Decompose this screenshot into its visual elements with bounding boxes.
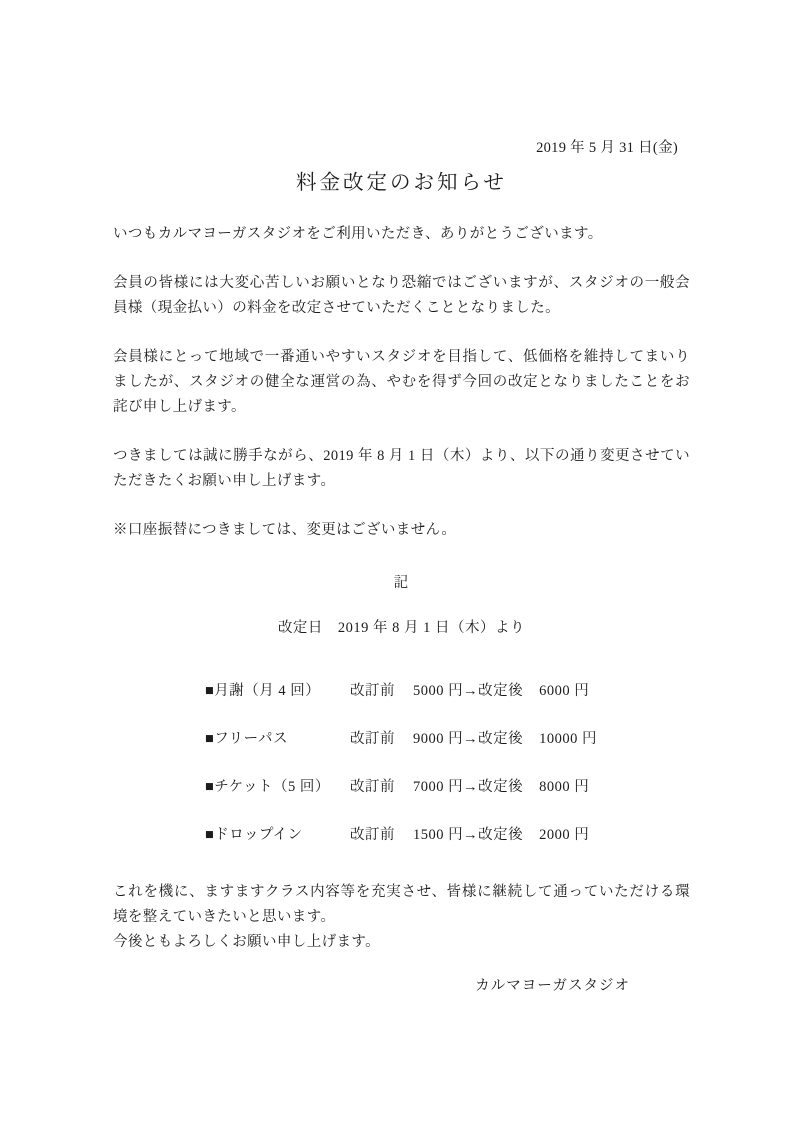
before-label: 改訂前	[350, 775, 395, 800]
document-title: 料金改定のお知らせ	[113, 168, 690, 198]
price-row: ■月謝（月 4 回） 改訂前 5000 円 → 改定後 6000 円	[205, 679, 690, 704]
before-label: 改訂前	[350, 679, 395, 704]
signature: カルマヨーガスタジオ	[113, 974, 690, 999]
price-after: 10000 円	[539, 727, 597, 752]
arrow-right-icon: →	[463, 727, 478, 752]
price-row-label: ■フリーパス	[205, 727, 350, 752]
price-after: 8000 円	[539, 775, 589, 800]
price-row-label: ■月謝（月 4 回）	[205, 679, 350, 704]
price-row-label: ■ドロップイン	[205, 823, 350, 848]
arrow-right-icon: →	[463, 775, 478, 800]
before-label: 改訂前	[350, 823, 395, 848]
closing-paragraph: これを機に、ますますクラス内容等を充実させ、皆様に継続して通っていただける環境を…	[113, 880, 690, 955]
price-list: ■月謝（月 4 回） 改訂前 5000 円 → 改定後 6000 円 ■フリーパ…	[205, 679, 690, 848]
after-label: 改定後	[478, 727, 523, 752]
arrow-right-icon: →	[463, 823, 478, 848]
price-row: ■フリーパス 改訂前 9000 円 → 改定後 10000 円	[205, 727, 690, 752]
paragraph-greeting: いつもカルマヨーガスタジオをご利用いただき、ありがとうございます。	[113, 222, 690, 247]
bullet-square-icon: ■	[205, 779, 214, 795]
bullet-square-icon: ■	[205, 683, 214, 699]
plan-name: フリーパス	[214, 731, 288, 747]
paragraph-effective-date: つきましては誠に勝手ながら、2019 年 8 月 1 日（木）より、以下の通り変…	[113, 444, 690, 494]
document-page: 2019 年 5 月 31 日(金) 料金改定のお知らせ いつもカルマヨーガスタ…	[0, 0, 800, 1131]
before-label: 改訂前	[350, 727, 395, 752]
closing-line-1: これを機に、ますますクラス内容等を充実させ、皆様に継続して通っていただける環境を…	[113, 880, 690, 930]
document-date: 2019 年 5 月 31 日(金)	[113, 138, 690, 158]
closing-line-2: 今後ともよろしくお願い申し上げます。	[113, 930, 690, 955]
price-after: 6000 円	[539, 679, 589, 704]
bullet-square-icon: ■	[205, 827, 214, 843]
revision-date-line: 改定日 2019 年 8 月 1 日（木）より	[113, 616, 690, 641]
price-row: ■チケット（5 回） 改訂前 7000 円 → 改定後 8000 円	[205, 775, 690, 800]
plan-name: 月謝（月 4 回）	[214, 683, 320, 699]
paragraph-apology-1: 会員の皆様には大変心苦しいお願いとなり恐縮ではございますが、スタジオの一般会員様…	[113, 271, 690, 321]
arrow-right-icon: →	[463, 679, 478, 704]
price-before: 9000 円	[413, 727, 463, 752]
price-row-label: ■チケット（5 回）	[205, 775, 350, 800]
price-before: 5000 円	[413, 679, 463, 704]
record-marker: 記	[113, 571, 690, 596]
after-label: 改定後	[478, 775, 523, 800]
price-after: 2000 円	[539, 823, 589, 848]
price-row: ■ドロップイン 改訂前 1500 円 → 改定後 2000 円	[205, 823, 690, 848]
note-bank-transfer: ※口座振替につきましては、変更はございません。	[113, 518, 690, 543]
bullet-square-icon: ■	[205, 731, 214, 747]
after-label: 改定後	[478, 679, 523, 704]
paragraph-apology-2: 会員様にとって地域で一番通いやすいスタジオを目指して、低価格を維持してまいりまし…	[113, 345, 690, 420]
after-label: 改定後	[478, 823, 523, 848]
price-before: 7000 円	[413, 775, 463, 800]
price-before: 1500 円	[413, 823, 463, 848]
plan-name: チケット（5 回）	[214, 779, 330, 795]
plan-name: ドロップイン	[214, 827, 302, 843]
